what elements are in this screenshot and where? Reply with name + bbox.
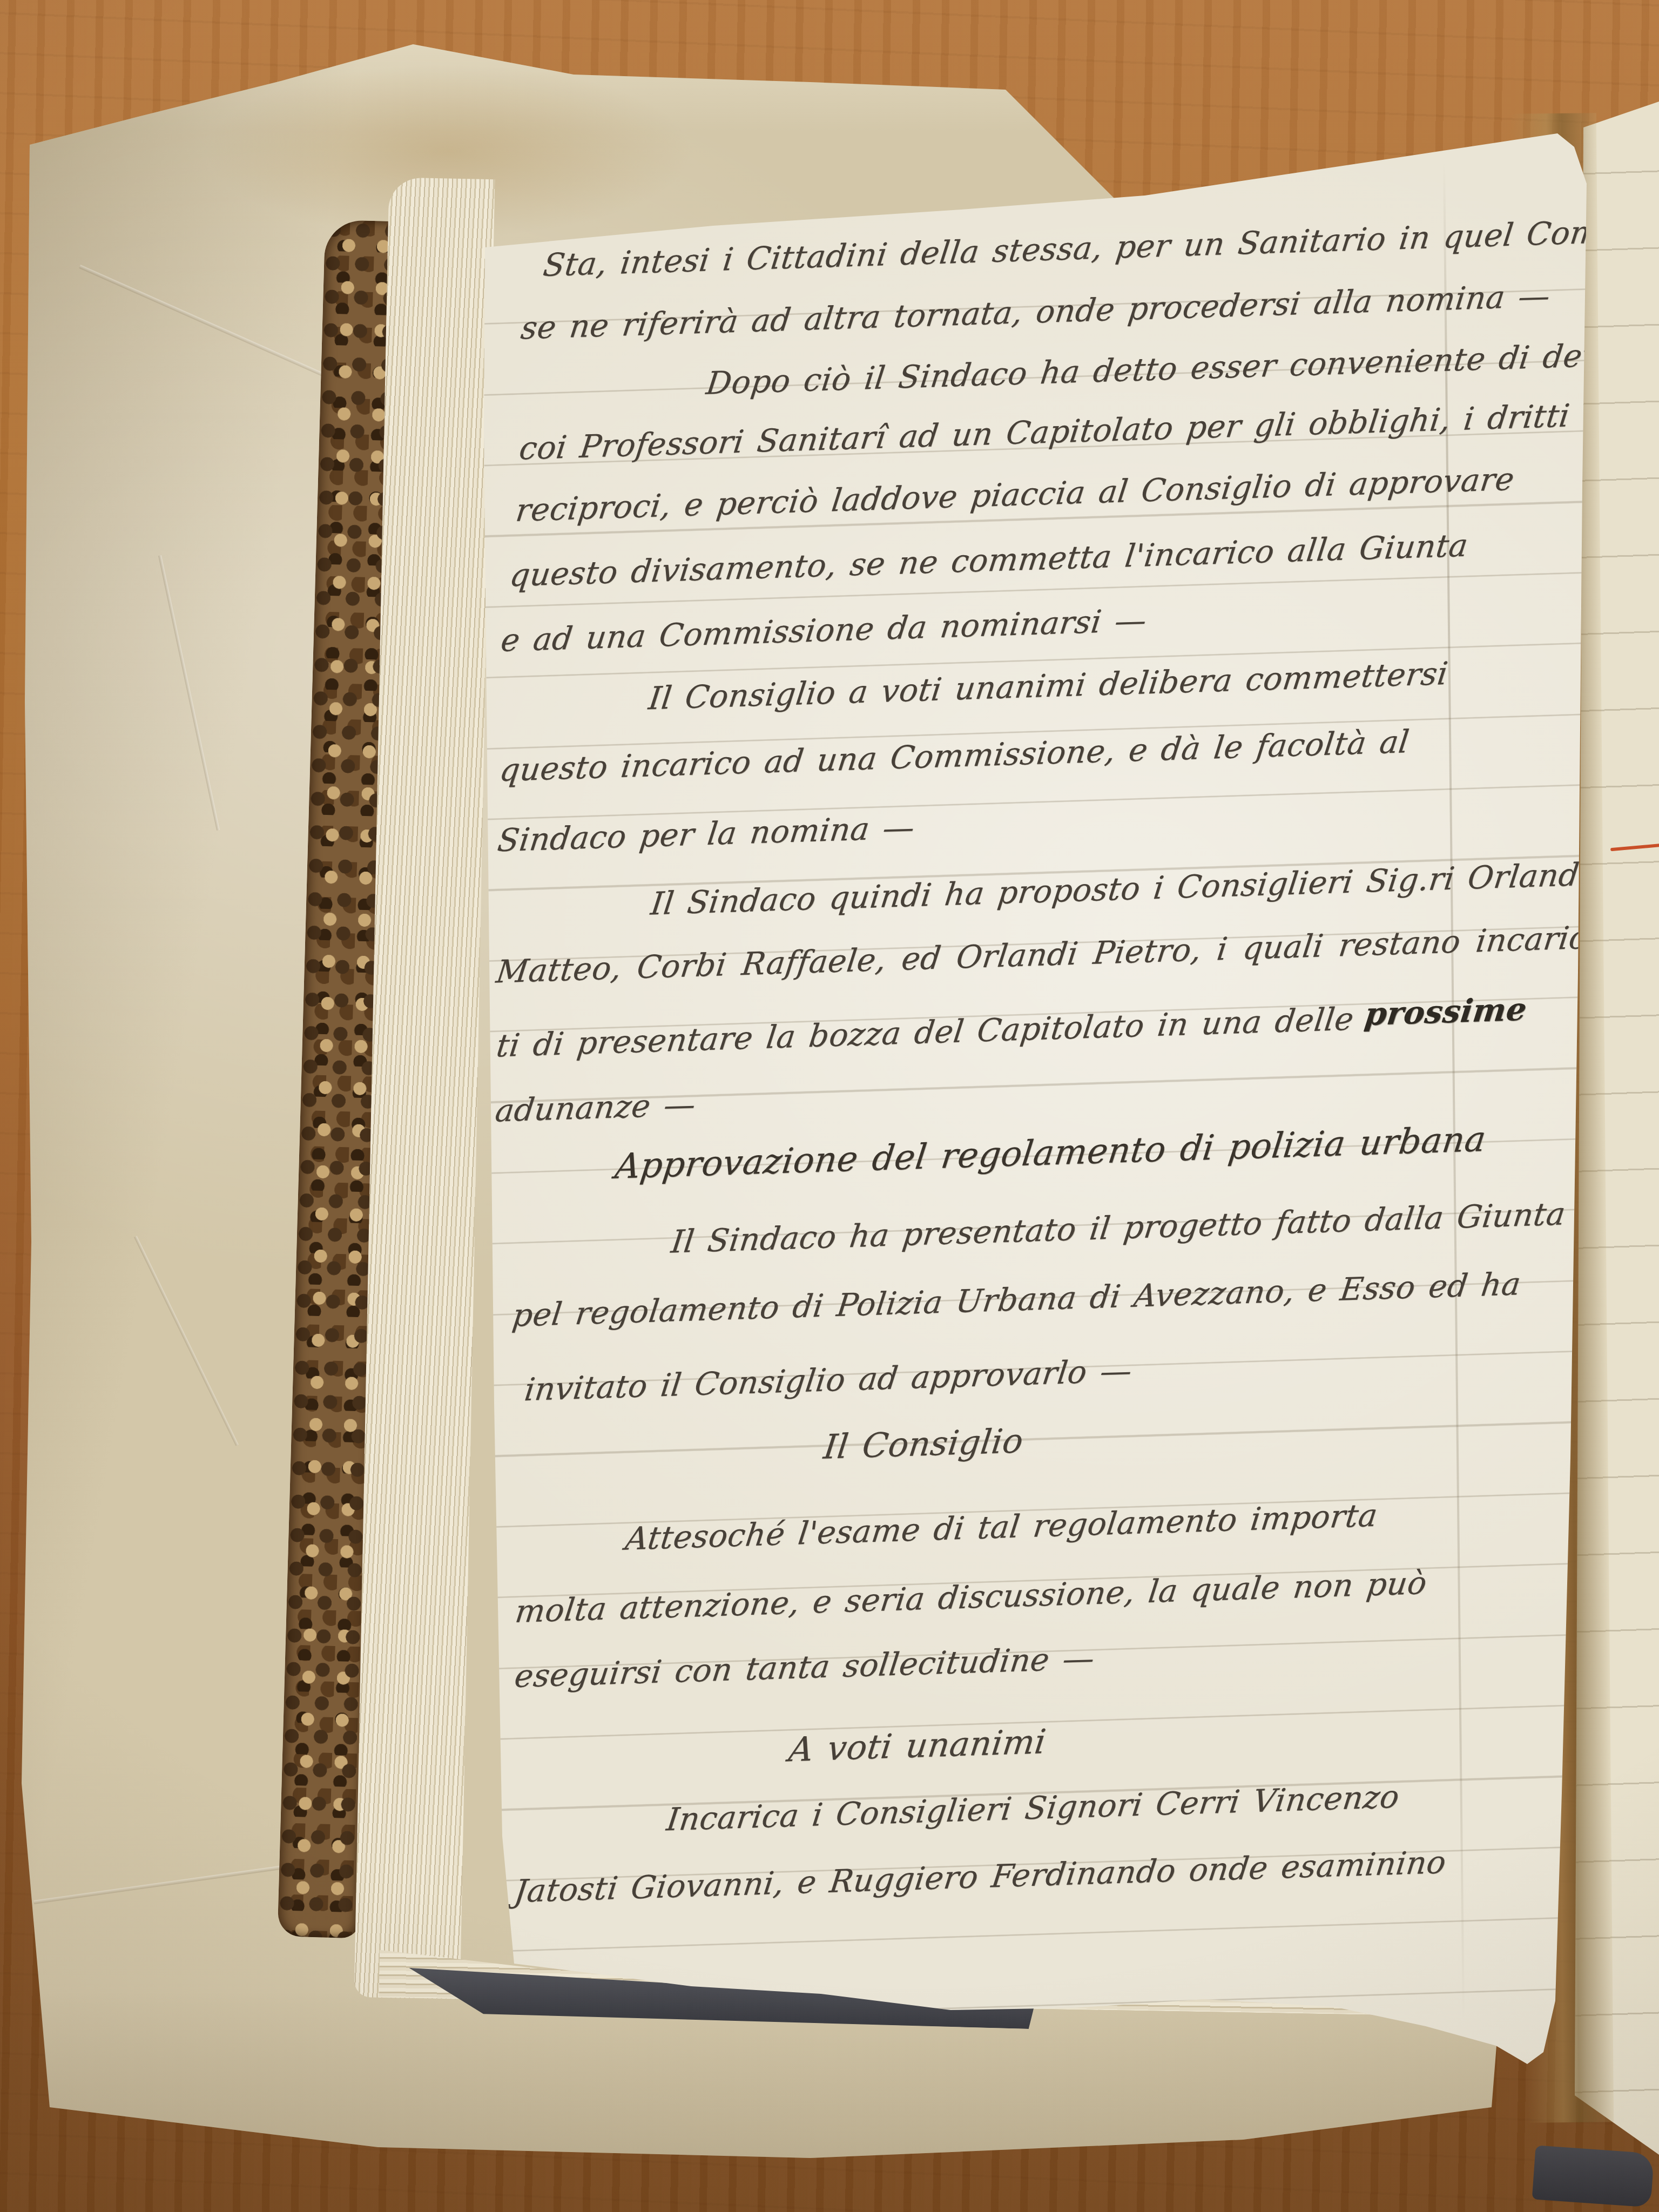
photo-vignette (0, 0, 1659, 2212)
photo-of-manuscript: Sta, intesi i Cittadini della stessa, pe… (0, 0, 1659, 2212)
